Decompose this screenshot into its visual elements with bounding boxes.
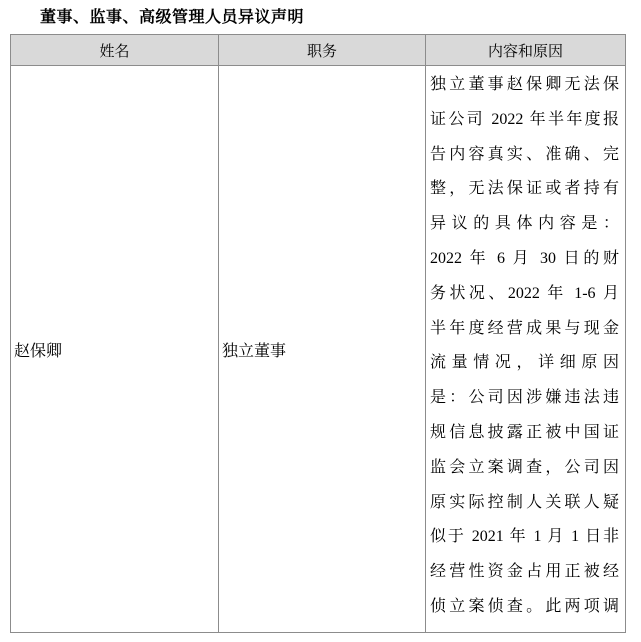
column-header-name: 姓名 xyxy=(11,35,219,66)
cell-director-name: 赵保卿 xyxy=(11,66,219,633)
document-page: 董事、监事、高级管理人员异议声明 姓名 职务 内容和原因 赵保卿 独立董事 独立… xyxy=(0,0,641,642)
table-header-row: 姓名 职务 内容和原因 xyxy=(11,35,626,66)
cell-director-position: 独立董事 xyxy=(219,66,426,633)
column-header-position: 职务 xyxy=(219,35,426,66)
column-header-content-reason: 内容和原因 xyxy=(426,35,626,66)
table-row: 赵保卿 独立董事 独立董事赵保卿无法保 证公司 2022 年半年度报 告内容真实… xyxy=(11,66,626,633)
dissent-statement-table: 姓名 职务 内容和原因 赵保卿 独立董事 独立董事赵保卿无法保 证公司 2022… xyxy=(10,34,626,633)
dissent-content-text: 独立董事赵保卿无法保 证公司 2022 年半年度报 告内容真实、准确、完 整，无… xyxy=(430,66,619,625)
page-title: 董事、监事、高级管理人员异议声明 xyxy=(40,4,304,27)
cell-content-reason: 独立董事赵保卿无法保 证公司 2022 年半年度报 告内容真实、准确、完 整，无… xyxy=(426,66,626,633)
